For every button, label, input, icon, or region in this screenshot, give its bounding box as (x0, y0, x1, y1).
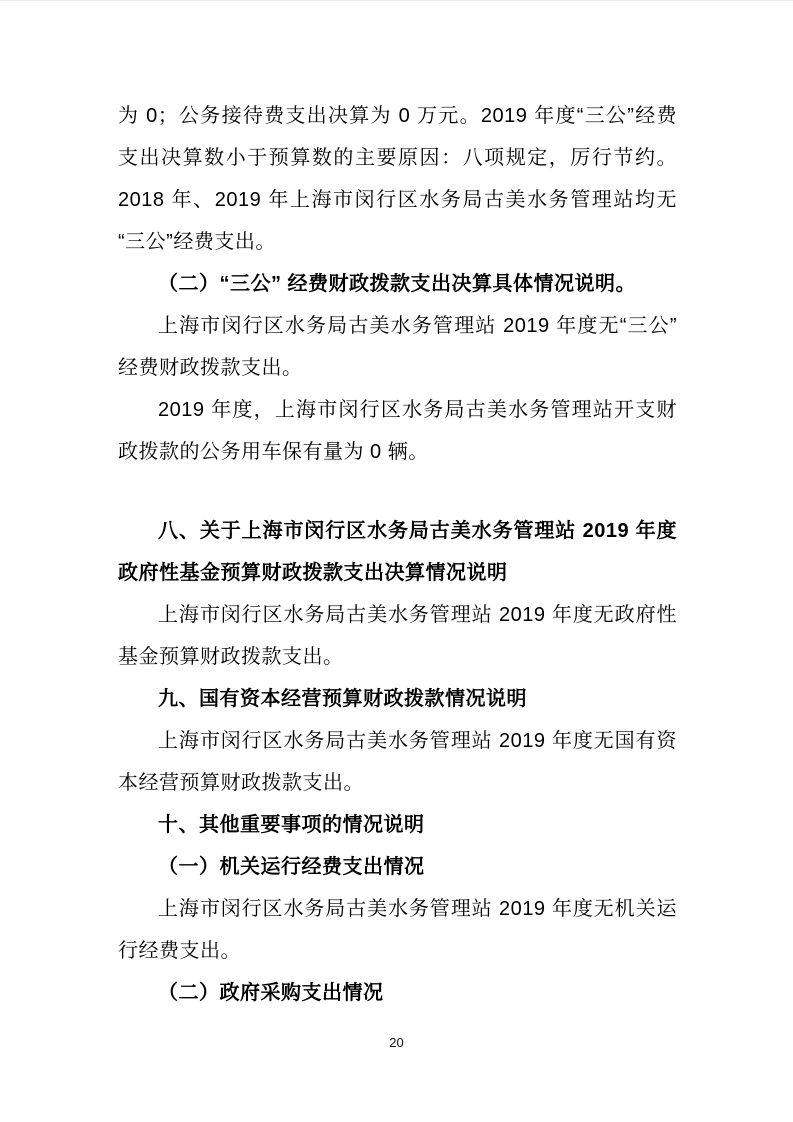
heading-section-10-other-important-matters: 十、其他重要事项的情况说明 (118, 804, 677, 846)
heading-section-8-government-fund-budget: 八、关于上海市闵行区水务局古美水务管理站 2019 年度政府性基金预算财政拨款支… (118, 510, 677, 594)
document-body: 为 0；公务接待费支出决算为 0 万元。2019 年度“三公”经费支出决算数小于… (118, 95, 677, 1014)
paragraph-three-public-expense-summary: 为 0；公务接待费支出决算为 0 万元。2019 年度“三公”经费支出决算数小于… (118, 95, 677, 263)
paragraph-no-three-public-fiscal-expense: 上海市闵行区水务局古美水务管理站 2019 年度无“三公”经费财政拨款支出。 (118, 305, 677, 389)
heading-three-public-fiscal-appropriation-detail: （二）“三公” 经费财政拨款支出决算具体情况说明。 (118, 263, 677, 305)
paragraph-no-state-capital-budget-expense: 上海市闵行区水务局古美水务管理站 2019 年度无国有资本经营预算财政拨款支出。 (118, 720, 677, 804)
heading-section-9-state-capital-budget: 九、国有资本经营预算财政拨款情况说明 (118, 678, 677, 720)
heading-subsection-2-government-procurement: （二）政府采购支出情况 (118, 972, 677, 1014)
page-number: 20 (0, 1035, 793, 1051)
heading-subsection-1-agency-operation-expense: （一）机关运行经费支出情况 (118, 846, 677, 888)
paragraph-official-vehicle-count: 2019 年度，上海市闵行区水务局古美水务管理站开支财政拨款的公务用车保有量为 … (118, 389, 677, 473)
paragraph-no-agency-operation-expense: 上海市闵行区水务局古美水务管理站 2019 年度无机关运行经费支出。 (118, 888, 677, 972)
document-page: 为 0；公务接待费支出决算为 0 万元。2019 年度“三公”经费支出决算数小于… (0, 0, 793, 1122)
paragraph-no-government-fund-budget-expense: 上海市闵行区水务局古美水务管理站 2019 年度无政府性基金预算财政拨款支出。 (118, 594, 677, 678)
